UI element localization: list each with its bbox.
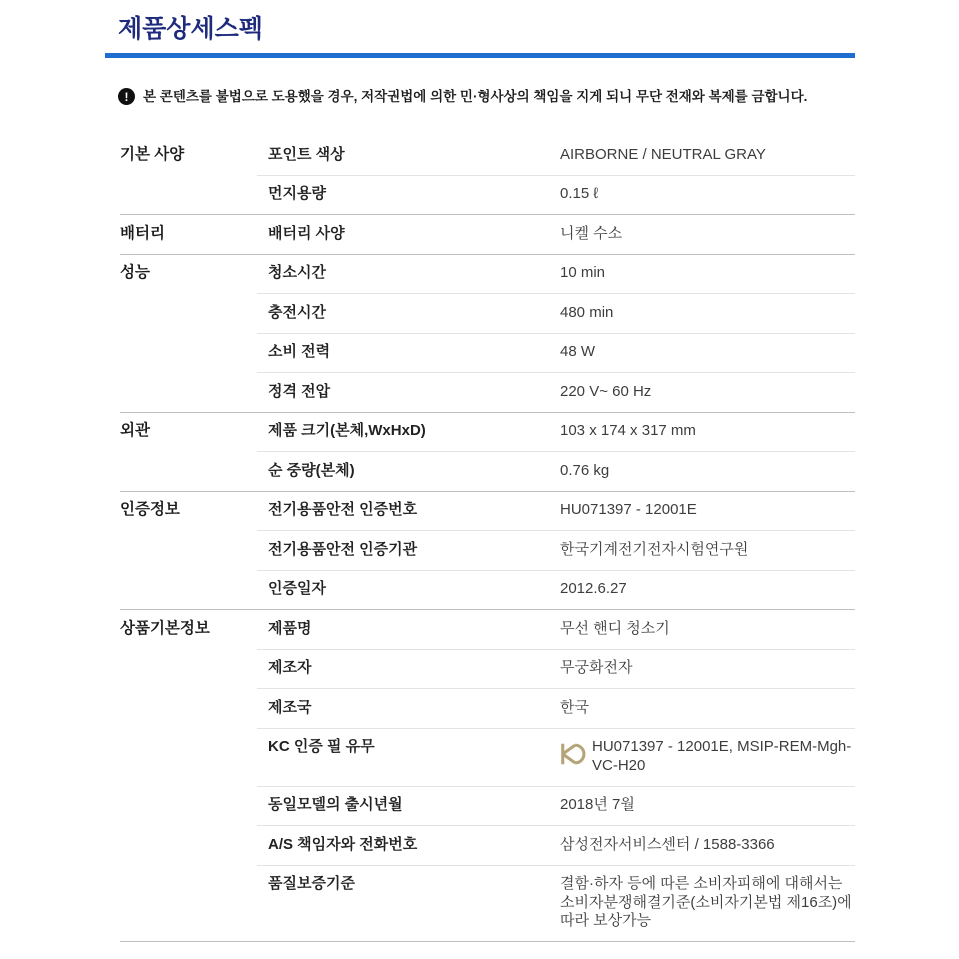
spec-name-cell: 전기용품안전 인증기관 — [268, 530, 560, 570]
spec-name-cell: 정격 전압 — [268, 372, 560, 412]
category-cell — [120, 333, 268, 373]
table-row: 순 중량(본체) 0.76 kg — [105, 451, 855, 491]
category-cell: 성능 — [120, 254, 268, 294]
spec-name-cell: 동일모델의 출시년월 — [268, 786, 560, 826]
spec-value-cell: 무궁화전자 — [560, 649, 855, 689]
category-cell — [120, 786, 268, 826]
category-cell: 기본 사양 — [120, 135, 268, 175]
spec-name-cell: 배터리 사양 — [268, 214, 560, 254]
table-row: 충전시간 480 min — [105, 293, 855, 333]
spec-value-cell: 2012.6.27 — [560, 570, 855, 610]
category-cell — [120, 293, 268, 333]
table-bottom-rule — [120, 941, 855, 942]
spec-value-cell: HU071397 - 12001E — [560, 491, 855, 531]
spec-value-cell: 무선 핸디 청소기 — [560, 609, 855, 649]
spec-name-cell: 순 중량(본체) — [268, 451, 560, 491]
table-row: 품질보증기준 결함·하자 등에 따른 소비자피해에 대해서는 소비자분쟁해결기준… — [105, 865, 855, 942]
spec-name-cell: 제조자 — [268, 649, 560, 689]
category-cell — [120, 865, 268, 942]
spec-name-cell: KC 인증 필 유무 — [268, 728, 560, 786]
spec-name-cell: 충전시간 — [268, 293, 560, 333]
spec-value-cell: 0.15 ℓ — [560, 175, 855, 215]
category-cell — [120, 649, 268, 689]
spec-value-cell: 결함·하자 등에 따른 소비자피해에 대해서는 소비자분쟁해결기준(소비자기본법… — [560, 865, 855, 942]
copyright-notice-text: 본 콘텐츠를 불법으로 도용했을 경우, 저작권법에 의한 민·형사상의 책임을… — [143, 88, 807, 105]
spec-value-cell: 한국기계전기전자시험연구원 — [560, 530, 855, 570]
category-cell — [120, 825, 268, 865]
spec-value-cell: 삼성전자서비스센터 / 1588-3366 — [560, 825, 855, 865]
spec-value-cell: 220 V~ 60 Hz — [560, 372, 855, 412]
copyright-notice: ! 본 콘텐츠를 불법으로 도용했을 경우, 저작권법에 의한 민·형사상의 책… — [105, 88, 855, 105]
spec-name-cell: 소비 전력 — [268, 333, 560, 373]
spec-name-cell: 인증일자 — [268, 570, 560, 610]
category-cell: 배터리 — [120, 214, 268, 254]
table-row: 기본 사양 포인트 색상 AIRBORNE / NEUTRAL GRAY — [105, 135, 855, 175]
spec-value-cell: AIRBORNE / NEUTRAL GRAY — [560, 135, 855, 175]
table-row: 전기용품안전 인증기관 한국기계전기전자시험연구원 — [105, 530, 855, 570]
category-cell: 외관 — [120, 412, 268, 452]
spec-value-cell: 한국 — [560, 688, 855, 728]
table-row: 제조자 무궁화전자 — [105, 649, 855, 689]
category-cell: 상품기본정보 — [120, 609, 268, 649]
product-spec-page: 제품상세스펙 ! 본 콘텐츠를 불법으로 도용했을 경우, 저작권법에 의한 민… — [105, 0, 855, 942]
table-row: 배터리 배터리 사양 니켈 수소 — [105, 214, 855, 254]
spec-value-cell: 48 W — [560, 333, 855, 373]
table-row: 상품기본정보 제품명 무선 핸디 청소기 — [105, 609, 855, 649]
spec-value-cell: 니켈 수소 — [560, 214, 855, 254]
spec-name-cell: 전기용품안전 인증번호 — [268, 491, 560, 531]
spec-name-cell: 포인트 색상 — [268, 135, 560, 175]
spec-value-cell: 0.76 kg — [560, 451, 855, 491]
table-row: 인증정보 전기용품안전 인증번호 HU071397 - 12001E — [105, 491, 855, 531]
table-row: A/S 책임자와 전화번호 삼성전자서비스센터 / 1588-3366 — [105, 825, 855, 865]
category-cell — [120, 372, 268, 412]
category-cell — [120, 688, 268, 728]
category-cell — [120, 728, 268, 786]
table-row: 정격 전압 220 V~ 60 Hz — [105, 372, 855, 412]
spec-value-cell: 2018년 7월 — [560, 786, 855, 826]
spec-name-cell: 제품명 — [268, 609, 560, 649]
category-cell — [120, 530, 268, 570]
category-cell — [120, 570, 268, 610]
spec-value-cell: HU071397 - 12001E, MSIP-REM-Mgh-VC-H20 — [560, 728, 855, 786]
table-row: 외관 제품 크기(본체,WxHxD) 103 x 174 x 317 mm — [105, 412, 855, 452]
table-row: 성능 청소시간 10 min — [105, 254, 855, 294]
exclamation-circle-icon: ! — [118, 88, 135, 105]
spec-name-cell: 청소시간 — [268, 254, 560, 294]
spec-name-cell: A/S 책임자와 전화번호 — [268, 825, 560, 865]
spec-name-cell: 품질보증기준 — [268, 865, 560, 942]
table-row: 동일모델의 출시년월 2018년 7월 — [105, 786, 855, 826]
kc-certification-number: HU071397 - 12001E, MSIP-REM-Mgh-VC-H20 — [592, 738, 855, 775]
spec-name-cell: 먼지용량 — [268, 175, 560, 215]
table-row: 인증일자 2012.6.27 — [105, 570, 855, 610]
page-title: 제품상세스펙 — [105, 14, 855, 44]
spec-name-cell: 제조국 — [268, 688, 560, 728]
title-underline — [105, 53, 855, 58]
table-row: KC 인증 필 유무 HU071397 - 12001E, MSIP-REM-M… — [105, 728, 855, 786]
category-cell: 인증정보 — [120, 491, 268, 531]
table-row: 소비 전력 48 W — [105, 333, 855, 373]
category-cell — [120, 175, 268, 215]
spec-name-cell: 제품 크기(본체,WxHxD) — [268, 412, 560, 452]
table-row: 먼지용량 0.15 ℓ — [105, 175, 855, 215]
kc-certification-mark-icon — [560, 739, 586, 769]
category-cell — [120, 451, 268, 491]
spec-table: 기본 사양 포인트 색상 AIRBORNE / NEUTRAL GRAY 먼지용… — [105, 135, 855, 942]
spec-value-cell: 103 x 174 x 317 mm — [560, 412, 855, 452]
spec-value-cell: 10 min — [560, 254, 855, 294]
table-row: 제조국 한국 — [105, 688, 855, 728]
spec-value-cell: 480 min — [560, 293, 855, 333]
